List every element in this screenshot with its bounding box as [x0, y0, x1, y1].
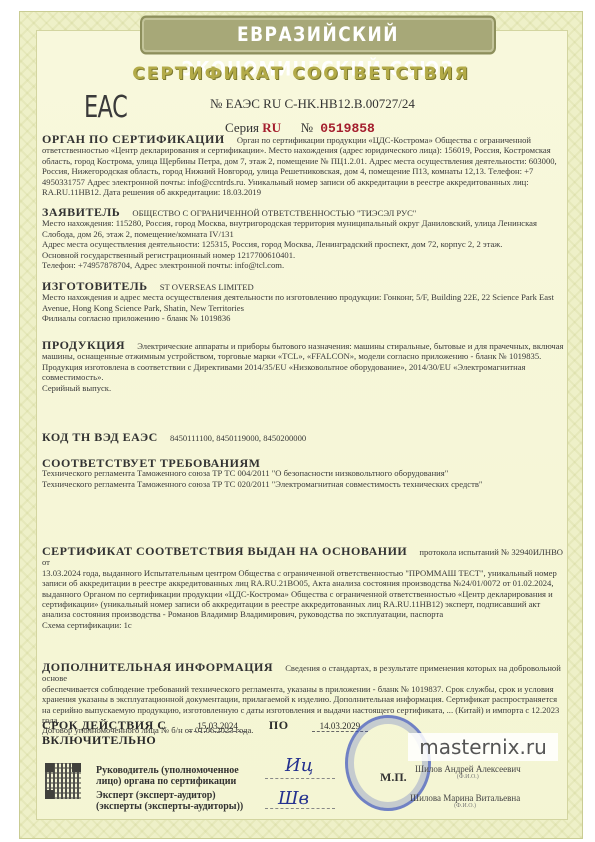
- certification-body-heading: ОРГАН ПО СЕРТИФИКАЦИИ: [42, 132, 225, 146]
- head-signature-icon: Иц: [285, 755, 313, 776]
- certification-body-section: ОРГАН ПО СЕРТИФИКАЦИИ Орган по сертифика…: [42, 134, 567, 197]
- basis-line: 13.03.2024 года, выданного Испытательным…: [42, 568, 567, 620]
- reg-label: № ЕАЭС: [210, 96, 260, 111]
- tn-ved-codes: 8450111100, 8450119000, 8450200000: [170, 433, 306, 443]
- fio-caption: (Ф.И.О.): [410, 803, 520, 809]
- union-banner: ЕВРАЗИЙСКИЙ ЭКОНОМИЧЕСКИЙ СОЮЗ: [140, 15, 496, 54]
- qr-code-icon: [45, 763, 81, 799]
- validity-period: СРОК ДЕЙСТВИЯ С 15.03.2024 ПО 14.03.2029…: [42, 718, 388, 748]
- requirement-line: Технического регламента Таможенного союз…: [42, 468, 567, 478]
- manufacturer-line: Филиалы согласно приложению - бланк № 10…: [42, 313, 567, 323]
- expert-signature-icon: Шв: [278, 788, 309, 809]
- product-line: Серийный выпуск.: [42, 383, 567, 393]
- requirement-line: Технического регламента Таможенного союз…: [42, 479, 567, 489]
- manufacturer-name: ST OVERSEAS LIMITED: [160, 282, 254, 292]
- signature-line: [265, 778, 335, 779]
- applicant-line: Место нахождения: 115280, Россия, город …: [42, 218, 567, 239]
- valid-to-label: ПО: [269, 718, 289, 732]
- manufacturer-heading: ИЗГОТОВИТЕЛЬ: [42, 279, 148, 293]
- signature-line: [265, 808, 335, 809]
- product-section: ПРОДУКЦИЯ Электрические аппараты и прибо…: [42, 340, 567, 393]
- head-name-text: Шилов Андрей Алексеевич: [415, 764, 521, 774]
- inclusive-label: ВКЛЮЧИТЕЛЬНО: [42, 733, 388, 748]
- fio-caption: (Ф.И.О.): [415, 774, 521, 780]
- expert-name: Шилова Марина Витальевна (Ф.И.О.): [410, 793, 520, 809]
- applicant-section: ЗАЯВИТЕЛЬ ОБЩЕСТВО С ОГРАНИЧЕННОЙ ОТВЕТС…: [42, 207, 567, 270]
- certificate-title: СЕРТИФИКАТ СООТВЕТСТВИЯ: [20, 64, 582, 84]
- requirements-section: СООТВЕТСТВУЕТ ТРЕБОВАНИЯМ Технического р…: [42, 458, 567, 489]
- product-heading: ПРОДУКЦИЯ: [42, 338, 125, 352]
- valid-from-label: СРОК ДЕЙСТВИЯ С: [42, 718, 166, 732]
- requirements-heading: СООТВЕТСТВУЕТ ТРЕБОВАНИЯМ: [42, 458, 567, 468]
- stamp-label: М.П.: [380, 770, 407, 785]
- tn-ved-section: КОД ТН ВЭД ЕАЭС 8450111100, 8450119000, …: [42, 432, 567, 443]
- series-value: RU: [262, 120, 281, 135]
- manufacturer-section: ИЗГОТОВИТЕЛЬ ST OVERSEAS LIMITED Место н…: [42, 281, 567, 324]
- applicant-heading: ЗАЯВИТЕЛЬ: [42, 205, 120, 219]
- watermark: masternix.ru: [408, 733, 558, 761]
- reg-value: RU C-HK.НВ12.В.00727/24: [263, 96, 415, 111]
- eac-mark-icon: ЕАС: [84, 90, 127, 125]
- applicant-name: ОБЩЕСТВО С ОГРАНИЧЕННОЙ ОТВЕТСТВЕННОСТЬЮ…: [132, 208, 416, 218]
- head-signature-label: Руководитель (уполномоченное лицо) орган…: [96, 765, 246, 787]
- expert-name-text: Шилова Марина Витальевна: [410, 793, 520, 803]
- basis-heading: СЕРТИФИКАТ СООТВЕТСТВИЯ ВЫДАН НА ОСНОВАН…: [42, 544, 407, 558]
- expert-signature-label: Эксперт (эксперт-аудитор) (эксперты (экс…: [96, 790, 246, 812]
- tn-ved-heading: КОД ТН ВЭД ЕАЭС: [42, 430, 158, 444]
- head-name: Шилов Андрей Алексеевич (Ф.И.О.): [415, 764, 521, 780]
- valid-from-date: 15.03.2024: [189, 721, 246, 732]
- applicant-line: Основной государственный регистрационный…: [42, 250, 567, 260]
- basis-line: Схема сертификации: 1с: [42, 620, 567, 630]
- applicant-line: Телефон: +74957878704, Адрес электронной…: [42, 260, 567, 270]
- series-label: Серия: [225, 120, 259, 135]
- blank-label: №: [301, 120, 313, 135]
- product-line: Продукция изготовлена в соответствии с Д…: [42, 362, 567, 383]
- additional-info-heading: ДОПОЛНИТЕЛЬНАЯ ИНФОРМАЦИЯ: [42, 660, 273, 674]
- applicant-line: Адрес места осуществления деятельности: …: [42, 239, 567, 249]
- registration-number: № ЕАЭС RU C-HK.НВ12.В.00727/24: [210, 96, 415, 112]
- manufacturer-line: Место нахождения и адрес места осуществл…: [42, 292, 567, 313]
- basis-section: СЕРТИФИКАТ СООТВЕТСТВИЯ ВЫДАН НА ОСНОВАН…: [42, 546, 567, 630]
